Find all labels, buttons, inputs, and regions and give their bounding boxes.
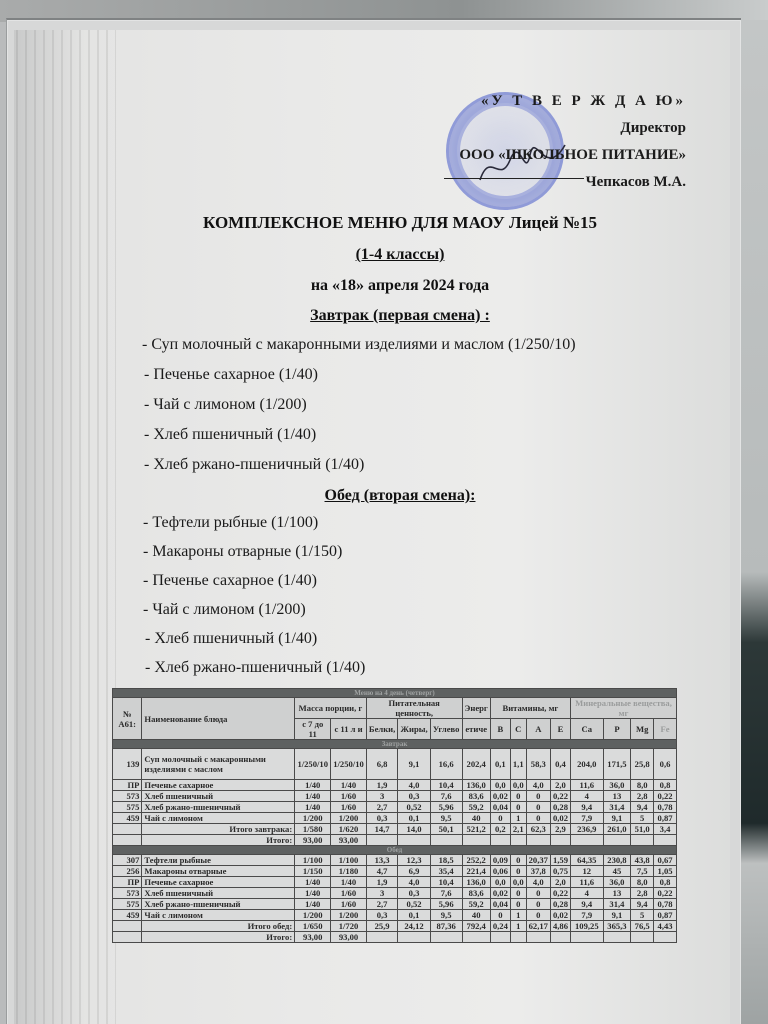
total-value: 93,00 bbox=[331, 932, 367, 943]
dish-value: 171,5 bbox=[603, 749, 631, 780]
dish-value: 8,0 bbox=[631, 877, 654, 888]
dish-value: 1/40 bbox=[331, 780, 367, 791]
dish-value: 7,9 bbox=[571, 813, 604, 824]
dish-value: 40 bbox=[462, 910, 490, 921]
total-value: 50,1 bbox=[430, 824, 462, 835]
dish-value: 2,7 bbox=[366, 802, 398, 813]
dish-value: 0,02 bbox=[550, 910, 570, 921]
total-value: 2,9 bbox=[550, 824, 570, 835]
dish-value: 0,75 bbox=[550, 866, 570, 877]
dish-value: 0,8 bbox=[654, 877, 677, 888]
dish-value: 1/200 bbox=[295, 813, 331, 824]
dish-value: 8,0 bbox=[631, 780, 654, 791]
dish-value: 0,28 bbox=[550, 802, 570, 813]
total-value: 25,9 bbox=[366, 921, 398, 932]
breakfast-item: - Хлеб ржано-пшеничный (1/40) bbox=[144, 456, 364, 474]
table-total-row: Итого:93,0093,00 bbox=[113, 932, 677, 943]
dish-code: 139 bbox=[113, 749, 142, 780]
nutrition-table: Меню на 4 день (четверг) № А61: Наименов… bbox=[112, 688, 677, 943]
dish-value: 1/60 bbox=[331, 888, 367, 899]
total-value: 1/580 bbox=[295, 824, 331, 835]
table-row: 575Хлеб ржано-пшеничный1/401/602,70,525,… bbox=[113, 802, 677, 813]
dish-value: 0,09 bbox=[490, 855, 510, 866]
dish-value: 1/40 bbox=[295, 791, 331, 802]
dish-value: 0,22 bbox=[654, 888, 677, 899]
dish-code: 573 bbox=[113, 791, 142, 802]
dish-value: 31,4 bbox=[603, 802, 631, 813]
table-row: 459Чай с лимоном1/2001/2000,30,19,540010… bbox=[113, 813, 677, 824]
dish-code: 573 bbox=[113, 888, 142, 899]
empty-cell bbox=[603, 835, 631, 846]
dish-value: 4,0 bbox=[398, 780, 430, 791]
dish-value: 0,78 bbox=[654, 802, 677, 813]
dish-value: 9,4 bbox=[631, 899, 654, 910]
dish-value: 1/100 bbox=[295, 855, 331, 866]
total-value: 0,2 bbox=[490, 824, 510, 835]
header-mass-b: с 11 л и bbox=[331, 719, 367, 740]
dish-value: 0,02 bbox=[490, 791, 510, 802]
document-grades: (1-4 классы) bbox=[100, 246, 700, 264]
table-row: ПРПеченье сахарное1/401/401,94,010,4136,… bbox=[113, 780, 677, 791]
empty-cell bbox=[462, 835, 490, 846]
dish-value: 0,52 bbox=[398, 899, 430, 910]
dish-value: 1,1 bbox=[510, 749, 526, 780]
dish-value: 0 bbox=[490, 813, 510, 824]
empty-cell bbox=[430, 932, 462, 943]
dish-value: 12 bbox=[571, 866, 604, 877]
dish-value: 5,96 bbox=[430, 899, 462, 910]
header-vit-b: В bbox=[490, 719, 510, 740]
dish-value: 36,0 bbox=[603, 877, 631, 888]
lunch-item: - Чай с лимоном (1/200) bbox=[143, 601, 306, 619]
dish-code: 459 bbox=[113, 910, 142, 921]
header-protein: Белки, bbox=[366, 719, 398, 740]
dish-value: 1/40 bbox=[295, 888, 331, 899]
lunch-item: - Печенье сахарное (1/40) bbox=[143, 572, 317, 590]
dish-value: 0,3 bbox=[398, 888, 430, 899]
breakfast-heading: Завтрак (первая смена) : bbox=[100, 307, 700, 325]
document-date: на «18» апреля 2024 года bbox=[100, 277, 700, 295]
sheet-smudge bbox=[16, 30, 116, 1024]
dish-name: Суп молочный с макаронными изделиями с м… bbox=[142, 749, 295, 780]
total-value: 109,25 bbox=[571, 921, 604, 932]
dish-value: 0,0 bbox=[510, 877, 526, 888]
total-value: 14,0 bbox=[398, 824, 430, 835]
empty-cell bbox=[631, 835, 654, 846]
dish-value: 35,4 bbox=[430, 866, 462, 877]
total-value: 24,12 bbox=[398, 921, 430, 932]
header-mg: Mg bbox=[631, 719, 654, 740]
dish-value: 83,6 bbox=[462, 791, 490, 802]
approval-signatory: Чепкасов М.А. bbox=[459, 169, 686, 196]
empty-cell bbox=[113, 921, 142, 932]
lunch-item: - Хлеб ржано-пшеничный (1/40) bbox=[145, 659, 365, 677]
dish-code: 575 bbox=[113, 899, 142, 910]
empty-cell bbox=[398, 932, 430, 943]
total-value: 62,17 bbox=[526, 921, 550, 932]
dish-value: 20,37 bbox=[526, 855, 550, 866]
dish-value: 3 bbox=[366, 888, 398, 899]
dish-value: 1,59 bbox=[550, 855, 570, 866]
dish-value: 0 bbox=[510, 855, 526, 866]
dish-value: 40 bbox=[462, 813, 490, 824]
dish-value: 0,22 bbox=[654, 791, 677, 802]
dish-value: 0,22 bbox=[550, 888, 570, 899]
dish-value: 37,8 bbox=[526, 866, 550, 877]
total-value: 93,00 bbox=[295, 835, 331, 846]
total-value: 1/650 bbox=[295, 921, 331, 932]
dish-value: 0,87 bbox=[654, 813, 677, 824]
dish-value: 9,4 bbox=[571, 802, 604, 813]
total-value: 76,5 bbox=[631, 921, 654, 932]
dish-value: 0,0 bbox=[490, 780, 510, 791]
dish-value: 0,87 bbox=[654, 910, 677, 921]
empty-cell bbox=[550, 932, 570, 943]
empty-cell bbox=[571, 835, 604, 846]
dish-code: 307 bbox=[113, 855, 142, 866]
dish-value: 1,05 bbox=[654, 866, 677, 877]
dish-value: 45 bbox=[603, 866, 631, 877]
lunch-heading: Обед (вторая смена): bbox=[100, 487, 700, 505]
dish-value: 0,1 bbox=[490, 749, 510, 780]
empty-cell bbox=[490, 835, 510, 846]
dish-value: 2,0 bbox=[550, 877, 570, 888]
header-nutrition: Питательная ценность, bbox=[366, 698, 462, 719]
dish-value: 1/60 bbox=[331, 899, 367, 910]
dish-value: 0 bbox=[510, 802, 526, 813]
table-row: 256Макароны отварные1/1501/1804,76,935,4… bbox=[113, 866, 677, 877]
dish-value: 12,3 bbox=[398, 855, 430, 866]
dish-value: 0 bbox=[526, 813, 550, 824]
empty-cell bbox=[366, 932, 398, 943]
dish-value: 4 bbox=[571, 888, 604, 899]
dish-value: 31,4 bbox=[603, 899, 631, 910]
dish-value: 0,3 bbox=[398, 791, 430, 802]
header-carbs: Углево bbox=[430, 719, 462, 740]
dish-value: 0,3 bbox=[366, 910, 398, 921]
dish-value: 5 bbox=[631, 910, 654, 921]
dish-value: 2,0 bbox=[550, 780, 570, 791]
dish-value: 1,9 bbox=[366, 780, 398, 791]
dish-value: 13 bbox=[603, 791, 631, 802]
table-row: 307Тефтели рыбные1/1001/10013,312,318,52… bbox=[113, 855, 677, 866]
dish-value: 0 bbox=[526, 802, 550, 813]
dish-name: Чай с лимоном bbox=[142, 813, 295, 824]
dish-value: 4,0 bbox=[526, 877, 550, 888]
total-value: 93,00 bbox=[331, 835, 367, 846]
dish-value: 0,3 bbox=[366, 813, 398, 824]
total-value: 14,7 bbox=[366, 824, 398, 835]
dish-value: 1 bbox=[510, 910, 526, 921]
dish-value: 11,6 bbox=[571, 877, 604, 888]
dish-value: 1/40 bbox=[295, 780, 331, 791]
dish-value: 36,0 bbox=[603, 780, 631, 791]
dish-value: 5,96 bbox=[430, 802, 462, 813]
dish-value: 2,7 bbox=[366, 899, 398, 910]
total-value: 93,00 bbox=[295, 932, 331, 943]
dish-value: 9,4 bbox=[631, 802, 654, 813]
dish-value: 0,1 bbox=[398, 813, 430, 824]
dish-value: 43,8 bbox=[631, 855, 654, 866]
header-mass: Масса порции, г bbox=[295, 698, 367, 719]
table-row: 139Суп молочный с макаронными изделиями … bbox=[113, 749, 677, 780]
header-energy-2: етиче bbox=[462, 719, 490, 740]
empty-cell bbox=[550, 835, 570, 846]
dish-value: 25,8 bbox=[631, 749, 654, 780]
dish-value: 0,04 bbox=[490, 899, 510, 910]
dish-value: 4,0 bbox=[526, 780, 550, 791]
dish-value: 9,1 bbox=[603, 813, 631, 824]
document-title: КОМПЛЕКСНОЕ МЕНЮ ДЛЯ МАОУ Лицей №15 bbox=[100, 213, 700, 233]
total-value: 62,3 bbox=[526, 824, 550, 835]
dish-value: 7,6 bbox=[430, 791, 462, 802]
dish-value: 0 bbox=[526, 899, 550, 910]
dish-name: Хлеб ржано-пшеничный bbox=[142, 899, 295, 910]
table-banner: Меню на 4 день (четверг) bbox=[113, 689, 677, 698]
lunch-item: - Тефтели рыбные (1/100) bbox=[143, 514, 318, 532]
table-row: ПРПеченье сахарное1/401/401,94,010,4136,… bbox=[113, 877, 677, 888]
dish-value: 1/60 bbox=[331, 802, 367, 813]
empty-cell bbox=[430, 835, 462, 846]
dish-value: 1/40 bbox=[295, 899, 331, 910]
empty-cell bbox=[510, 835, 526, 846]
dish-value: 0,4 bbox=[550, 749, 570, 780]
table-section-lunch_section: Обед bbox=[113, 846, 677, 855]
dish-value: 9,1 bbox=[398, 749, 430, 780]
header-p: Р bbox=[603, 719, 631, 740]
lunch-item: - Хлеб пшеничный (1/40) bbox=[145, 630, 317, 648]
dish-value: 0 bbox=[510, 899, 526, 910]
dish-value: 2,8 bbox=[631, 791, 654, 802]
dish-value: 4,7 bbox=[366, 866, 398, 877]
empty-cell bbox=[654, 932, 677, 943]
dish-value: 9,5 bbox=[430, 910, 462, 921]
dish-value: 0 bbox=[510, 888, 526, 899]
dish-name: Хлеб пшеничный bbox=[142, 791, 295, 802]
dish-value: 0,78 bbox=[654, 899, 677, 910]
dish-value: 1/200 bbox=[295, 910, 331, 921]
dish-code: ПР bbox=[113, 780, 142, 791]
dish-value: 5 bbox=[631, 813, 654, 824]
dish-value: 1/250/10 bbox=[295, 749, 331, 780]
dish-value: 0,0 bbox=[490, 877, 510, 888]
dish-value: 6,8 bbox=[366, 749, 398, 780]
dish-value: 0,1 bbox=[398, 910, 430, 921]
dish-value: 136,0 bbox=[462, 780, 490, 791]
total-value: 1 bbox=[510, 921, 526, 932]
empty-cell bbox=[113, 824, 142, 835]
total-value: 792,4 bbox=[462, 921, 490, 932]
total-value: 261,0 bbox=[603, 824, 631, 835]
dish-value: 10,4 bbox=[430, 780, 462, 791]
table-total-row: Итого:93,0093,00 bbox=[113, 835, 677, 846]
table-section-breakfast_section: Завтрак bbox=[113, 740, 677, 749]
dish-name: Печенье сахарное bbox=[142, 877, 295, 888]
dish-value: 0,8 bbox=[654, 780, 677, 791]
dish-value: 221,4 bbox=[462, 866, 490, 877]
total-value: 365,3 bbox=[603, 921, 631, 932]
total-value: 2,1 bbox=[510, 824, 526, 835]
dish-value: 0 bbox=[526, 888, 550, 899]
dish-value: 6,9 bbox=[398, 866, 430, 877]
approval-position: Директор bbox=[459, 115, 686, 142]
dish-value: 204,0 bbox=[571, 749, 604, 780]
total-value: 1/720 bbox=[331, 921, 367, 932]
dish-value: 1/60 bbox=[331, 791, 367, 802]
dish-value: 4 bbox=[571, 791, 604, 802]
empty-cell bbox=[462, 932, 490, 943]
header-number: № А61: bbox=[113, 698, 142, 740]
dish-value: 59,2 bbox=[462, 899, 490, 910]
dish-value: 1,9 bbox=[366, 877, 398, 888]
total-value: 0,24 bbox=[490, 921, 510, 932]
header-fat: Жиры, bbox=[398, 719, 430, 740]
lunch-item: - Макароны отварные (1/150) bbox=[143, 543, 342, 561]
dish-name: Чай с лимоном bbox=[142, 910, 295, 921]
total-value: 236,9 bbox=[571, 824, 604, 835]
dish-value: 1/150 bbox=[295, 866, 331, 877]
dish-value: 0 bbox=[510, 866, 526, 877]
total-value: 87,36 bbox=[430, 921, 462, 932]
empty-cell bbox=[571, 932, 604, 943]
dish-value: 4,0 bbox=[398, 877, 430, 888]
dish-name: Макароны отварные bbox=[142, 866, 295, 877]
dish-value: 252,2 bbox=[462, 855, 490, 866]
dish-value: 1/40 bbox=[295, 877, 331, 888]
dish-code: ПР bbox=[113, 877, 142, 888]
dish-value: 9,1 bbox=[603, 910, 631, 921]
dish-value: 202,4 bbox=[462, 749, 490, 780]
header-ca: Са bbox=[571, 719, 604, 740]
dish-value: 18,5 bbox=[430, 855, 462, 866]
dish-value: 1 bbox=[510, 813, 526, 824]
dish-value: 7,6 bbox=[430, 888, 462, 899]
dish-value: 1/100 bbox=[331, 855, 367, 866]
header-vit-e: Е bbox=[550, 719, 570, 740]
empty-cell bbox=[654, 835, 677, 846]
empty-cell bbox=[603, 932, 631, 943]
table-total-row: Итого завтрака:1/5801/62014,714,050,1521… bbox=[113, 824, 677, 835]
dish-value: 230,8 bbox=[603, 855, 631, 866]
breakfast-item: - Суп молочный с макаронными изделиями и… bbox=[142, 336, 576, 354]
table-row: 575Хлеб ржано-пшеничный1/401/602,70,525,… bbox=[113, 899, 677, 910]
table-total-row: Итого обед:1/6501/72025,924,1287,36792,4… bbox=[113, 921, 677, 932]
breakfast-item: - Печенье сахарное (1/40) bbox=[144, 366, 318, 384]
empty-cell bbox=[366, 835, 398, 846]
header-vitamins: Витамины, мг bbox=[490, 698, 570, 719]
dish-value: 7,5 bbox=[631, 866, 654, 877]
empty-cell bbox=[526, 835, 550, 846]
total-label: Итого завтрака: bbox=[142, 824, 295, 835]
dish-value: 64,35 bbox=[571, 855, 604, 866]
dish-name: Хлеб пшеничный bbox=[142, 888, 295, 899]
total-value: 4,43 bbox=[654, 921, 677, 932]
breakfast-item: - Хлеб пшеничный (1/40) bbox=[144, 426, 316, 444]
dish-value: 0 bbox=[510, 791, 526, 802]
dish-value: 59,2 bbox=[462, 802, 490, 813]
dish-value: 1/200 bbox=[331, 813, 367, 824]
dish-value: 3 bbox=[366, 791, 398, 802]
header-minerals: Минеральные вещества, мг bbox=[571, 698, 677, 719]
breakfast-item: - Чай с лимоном (1/200) bbox=[144, 396, 307, 414]
dish-value: 1/40 bbox=[295, 802, 331, 813]
table-row: 459Чай с лимоном1/2001/2000,30,19,540010… bbox=[113, 910, 677, 921]
dish-value: 83,6 bbox=[462, 888, 490, 899]
dish-value: 0 bbox=[490, 910, 510, 921]
dish-value: 58,3 bbox=[526, 749, 550, 780]
table-row: 573Хлеб пшеничный1/401/6030,37,683,60,02… bbox=[113, 888, 677, 899]
dish-value: 1/40 bbox=[331, 877, 367, 888]
empty-cell bbox=[631, 932, 654, 943]
dish-code: 256 bbox=[113, 866, 142, 877]
dish-code: 575 bbox=[113, 802, 142, 813]
empty-cell bbox=[526, 932, 550, 943]
total-label: Итого: bbox=[142, 835, 295, 846]
empty-cell bbox=[113, 835, 142, 846]
table-row: 573Хлеб пшеничный1/401/6030,37,683,60,02… bbox=[113, 791, 677, 802]
empty-cell bbox=[398, 835, 430, 846]
total-label: Итого: bbox=[142, 932, 295, 943]
total-value: 51,0 bbox=[631, 824, 654, 835]
dish-value: 11,6 bbox=[571, 780, 604, 791]
header-vit-c: С bbox=[510, 719, 526, 740]
header-fe: Fe bbox=[654, 719, 677, 740]
dish-value: 0 bbox=[526, 910, 550, 921]
total-label: Итого обед: bbox=[142, 921, 295, 932]
dish-value: 0,22 bbox=[550, 791, 570, 802]
dish-value: 0,02 bbox=[550, 813, 570, 824]
dish-code: 459 bbox=[113, 813, 142, 824]
dish-name: Тефтели рыбные bbox=[142, 855, 295, 866]
dish-value: 0,67 bbox=[654, 855, 677, 866]
dish-value: 13,3 bbox=[366, 855, 398, 866]
total-value: 4,86 bbox=[550, 921, 570, 932]
dish-value: 7,9 bbox=[571, 910, 604, 921]
approval-block: «У Т В Е Р Ж Д А Ю» Директор ООО «ШКОЛЬН… bbox=[459, 88, 686, 196]
header-dish-name: Наименование блюда bbox=[142, 698, 295, 740]
dish-value: 0,6 bbox=[654, 749, 677, 780]
background-window bbox=[740, 20, 768, 1024]
empty-cell bbox=[510, 932, 526, 943]
dish-value: 0,06 bbox=[490, 866, 510, 877]
dish-value: 9,4 bbox=[571, 899, 604, 910]
dish-name: Хлеб ржано-пшеничный bbox=[142, 802, 295, 813]
total-value: 1/620 bbox=[331, 824, 367, 835]
header-mass-a: с 7 до 11 bbox=[295, 719, 331, 740]
dish-name: Печенье сахарное bbox=[142, 780, 295, 791]
dish-value: 0,02 bbox=[490, 888, 510, 899]
empty-cell bbox=[490, 932, 510, 943]
dish-value: 13 bbox=[603, 888, 631, 899]
dish-value: 0 bbox=[526, 791, 550, 802]
dish-value: 2,8 bbox=[631, 888, 654, 899]
header-vit-a: А bbox=[526, 719, 550, 740]
dish-value: 9,5 bbox=[430, 813, 462, 824]
dish-value: 1/180 bbox=[331, 866, 367, 877]
dish-value: 0,52 bbox=[398, 802, 430, 813]
dish-value: 0,04 bbox=[490, 802, 510, 813]
dish-value: 0,28 bbox=[550, 899, 570, 910]
dish-value: 136,0 bbox=[462, 877, 490, 888]
approval-organization: ООО «ШКОЛЬНОЕ ПИТАНИЕ» bbox=[459, 142, 686, 169]
dish-value: 0,0 bbox=[510, 780, 526, 791]
approval-heading: «У Т В Е Р Ж Д А Ю» bbox=[459, 88, 686, 115]
dish-value: 16,6 bbox=[430, 749, 462, 780]
dish-value: 10,4 bbox=[430, 877, 462, 888]
total-value: 521,2 bbox=[462, 824, 490, 835]
dish-value: 1/250/10 bbox=[331, 749, 367, 780]
total-value: 3,4 bbox=[654, 824, 677, 835]
